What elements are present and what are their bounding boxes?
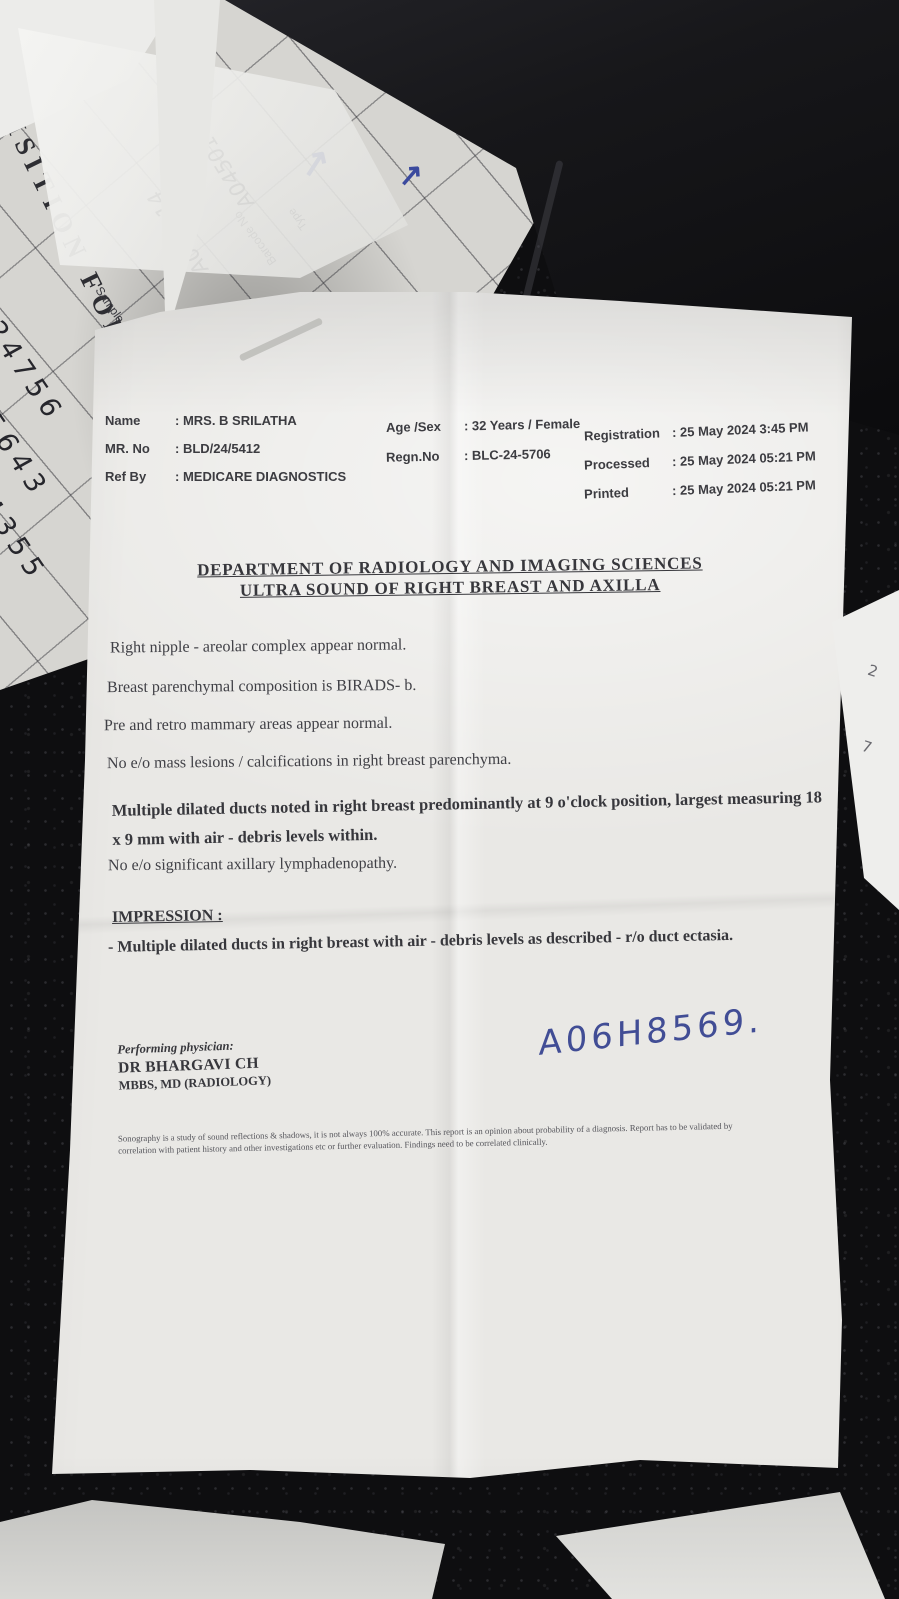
mr-no-value: : BLD/24/5412 xyxy=(175,441,260,456)
processed-row: Processed : 25 May 2024 05:21 PM xyxy=(584,448,816,472)
physician-block: Performing physician: DR BHARGAVI CH MBB… xyxy=(117,1037,271,1093)
mr-no-label: MR. No xyxy=(105,441,175,456)
impression-text: - Multiple dilated ducts in right breast… xyxy=(108,921,828,961)
bottom-light-area xyxy=(0,1488,445,1599)
registration-row: Registration : 25 May 2024 3:45 PM xyxy=(584,419,809,443)
bottom-light-area xyxy=(540,1480,899,1599)
printed-value: : 25 May 2024 05:21 PM xyxy=(672,477,816,498)
pen-arrow-icon: ↗ xyxy=(397,157,425,194)
impression-heading: IMPRESSION : xyxy=(112,907,223,927)
paper-tear-tab xyxy=(239,317,324,361)
regn-no-row: Regn.No : BLC-24-5706 xyxy=(386,446,551,464)
side-paper-mark: 2 xyxy=(865,661,880,681)
regn-no-value: : BLC-24-5706 xyxy=(464,446,551,463)
age-sex-label: Age /Sex xyxy=(386,418,464,435)
patient-name-row: Name : MRS. B SRILATHA xyxy=(105,413,297,428)
processed-label: Processed xyxy=(584,454,673,473)
finding-line: Pre and retro mammary areas appear norma… xyxy=(104,715,392,736)
registration-value: : 25 May 2024 3:45 PM xyxy=(672,419,809,439)
finding-line-key: Multiple dilated ducts noted in right br… xyxy=(112,782,835,854)
ref-by-value: : MEDICARE DIAGNOSTICS xyxy=(175,469,346,484)
ref-by-label: Ref By xyxy=(105,469,175,484)
finding-line: Breast parenchymal composition is BIRADS… xyxy=(107,677,416,697)
photo-scene: QUISITION FORM Sample Type Barcode No Ty… xyxy=(0,0,899,1599)
printed-row: Printed : 25 May 2024 05:21 PM xyxy=(584,477,816,501)
name-value: : MRS. B SRILATHA xyxy=(175,413,297,428)
mr-no-row: MR. No : BLD/24/5412 xyxy=(105,441,260,456)
printed-label: Printed xyxy=(584,483,673,502)
ref-by-row: Ref By : MEDICARE DIAGNOSTICS xyxy=(105,469,346,484)
finding-line: No e/o mass lesions / calcifications in … xyxy=(107,751,511,773)
handwritten-code: A06H8569. xyxy=(539,1000,763,1064)
side-paper-mark: 7 xyxy=(859,737,874,757)
report-title-block: DEPARTMENT OF RADIOLOGY AND IMAGING SCIE… xyxy=(120,551,781,602)
age-sex-value: : 32 Years / Female xyxy=(464,416,580,433)
disclaimer-text: Sonography is a study of sound reflectio… xyxy=(118,1118,848,1156)
name-label: Name xyxy=(105,413,175,428)
processed-value: : 25 May 2024 05:21 PM xyxy=(672,448,816,469)
finding-line: No e/o significant axillary lymphadenopa… xyxy=(108,855,397,876)
regn-no-label: Regn.No xyxy=(386,448,464,465)
registration-label: Registration xyxy=(584,425,673,444)
age-sex-row: Age /Sex : 32 Years / Female xyxy=(386,416,580,435)
finding-line: Right nipple - areolar complex appear no… xyxy=(110,636,407,657)
